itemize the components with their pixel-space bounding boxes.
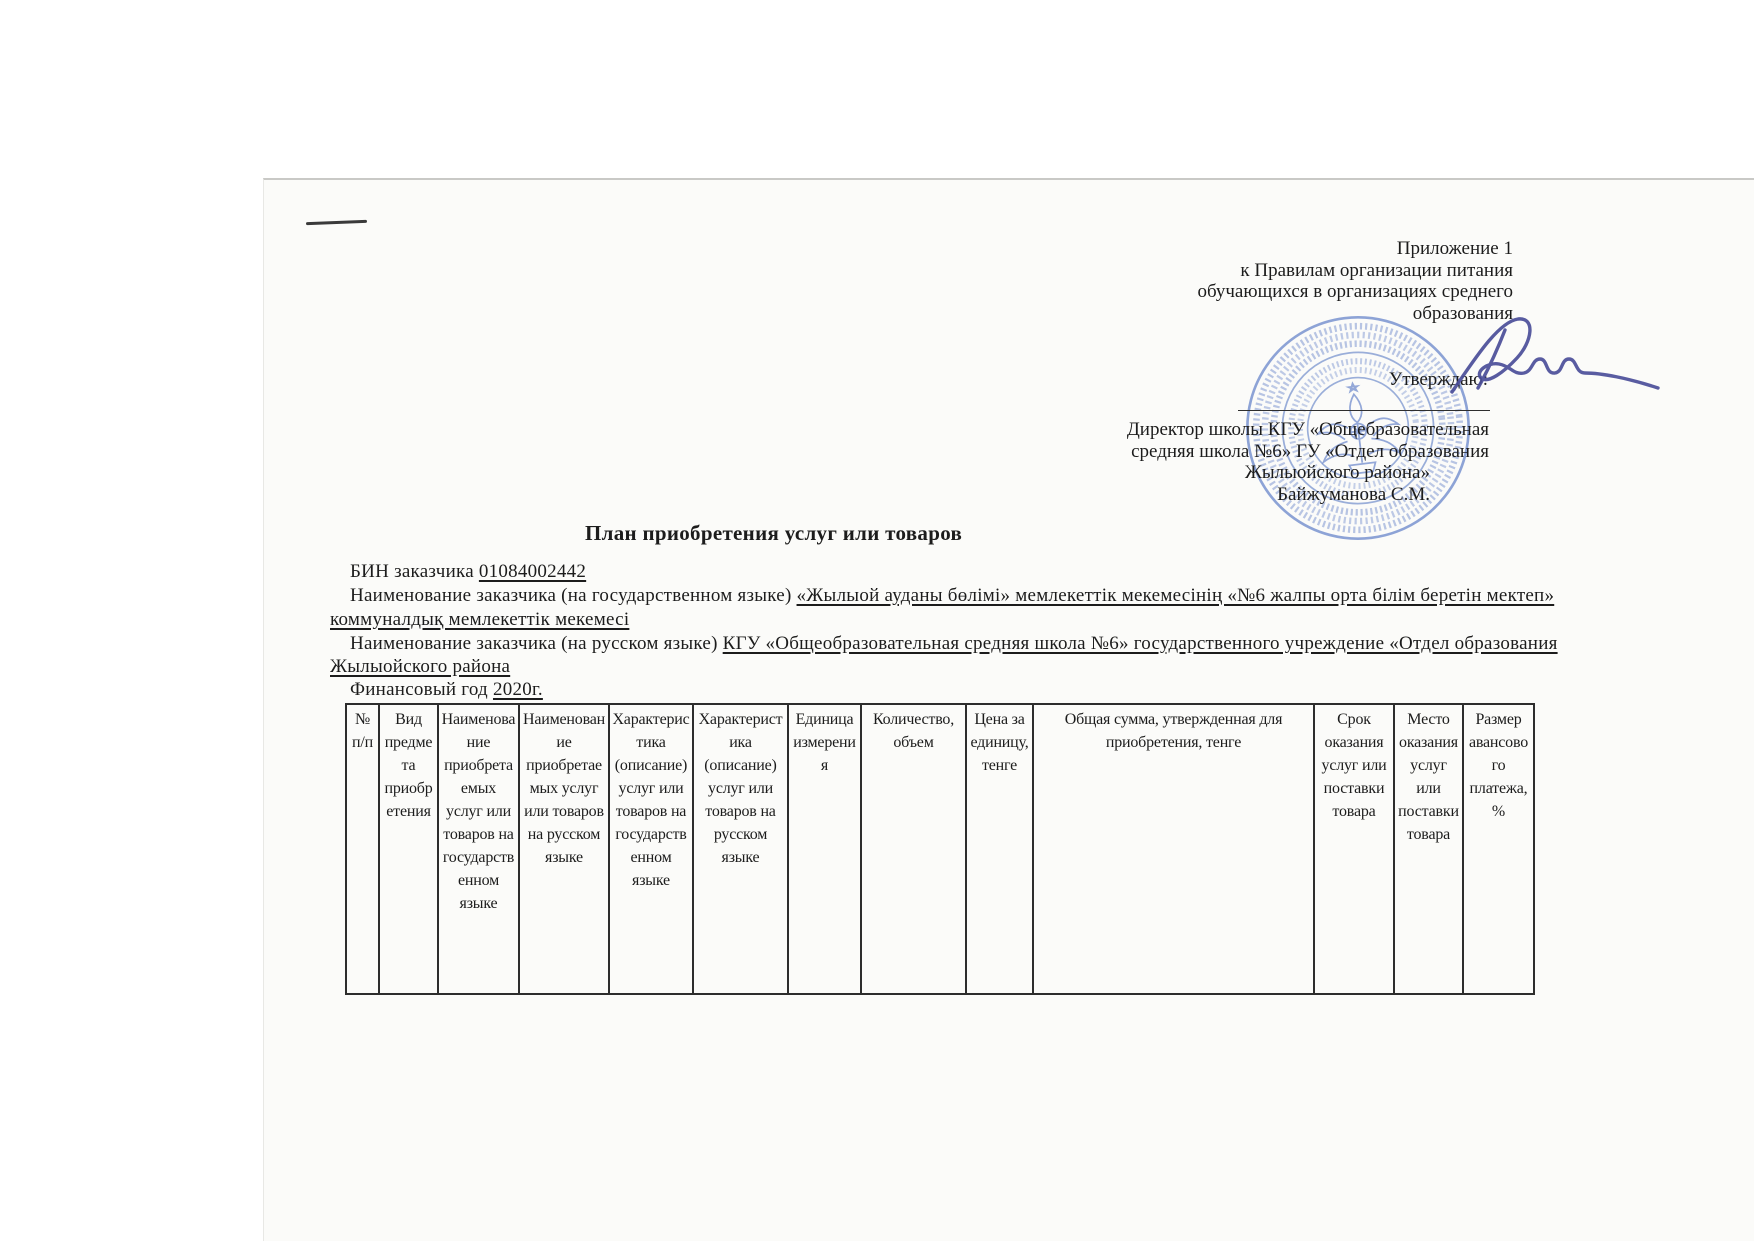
director-line: средняя школа №6» ГУ «Отдел образования — [1127, 441, 1489, 463]
col-header-unit: Единица измерения — [788, 704, 861, 994]
bin-label: БИН заказчика — [350, 561, 479, 582]
col-header-name-ru: Наименование приобретаемых услуг или тов… — [519, 704, 609, 994]
customer-ru-line2: Жылыойского района — [330, 656, 510, 678]
customer-kz-line1: Наименование заказчика (на государственн… — [330, 585, 1554, 607]
document-title: План приобретения услуг или товаров — [585, 521, 962, 546]
signature-underline — [1238, 410, 1490, 411]
customer-kz-value-cont: коммуналдық мемлекеттік мекемесі — [330, 609, 629, 630]
appendix-line: обучающихся в организациях среднего — [1197, 281, 1513, 303]
director-line: Директор школы КГУ «Общебразовательная — [1127, 419, 1489, 441]
col-header-quantity: Количество, объем — [861, 704, 966, 994]
handwritten-signature — [1438, 308, 1678, 408]
appendix-line: к Правилам организации питания — [1197, 260, 1513, 282]
customer-ru-label: Наименование заказчика (на русском языке… — [350, 633, 723, 654]
customer-kz-line2: коммуналдық мемлекеттік мекемесі — [330, 609, 629, 631]
col-header-advance: Размер авансового платежа, % — [1463, 704, 1534, 994]
bin-value: 01084002442 — [479, 561, 586, 582]
col-header-name-kz: Наименование приобретаемых услуг или тов… — [438, 704, 519, 994]
fiscal-year-line: Финансовый год 2020г. — [330, 679, 543, 701]
customer-ru-line1: Наименование заказчика (на русском языке… — [330, 633, 1558, 655]
fiscal-year-label: Финансовый год — [350, 679, 493, 700]
col-header-total-sum: Общая сумма, утвержденная для приобретен… — [1033, 704, 1314, 994]
customer-ru-value-cont: Жылыойского района — [330, 656, 510, 677]
bin-line: БИН заказчика 01084002442 — [330, 561, 586, 583]
fiscal-year-value: 2020г. — [493, 679, 543, 700]
col-header-unit-price: Цена за единицу, тенге — [966, 704, 1033, 994]
customer-ru-value: КГУ «Общеобразовательная средняя школа №… — [723, 633, 1558, 654]
customer-kz-value: «Жылыой ауданы бөлімі» мемлекеттік мекем… — [797, 585, 1555, 606]
director-name: Байжуманова С.М. — [1127, 484, 1489, 506]
appendix-line: Приложение 1 — [1197, 238, 1513, 260]
col-header-desc-ru: Характеристика (описание) услуг или това… — [693, 704, 788, 994]
col-header-term: Срок оказания услуг или поставки товара — [1314, 704, 1394, 994]
table-header-row: № п/п Вид предмета приобретения Наименов… — [346, 704, 1534, 994]
customer-kz-label: Наименование заказчика (на государственн… — [350, 585, 797, 606]
col-header-number: № п/п — [346, 704, 379, 994]
col-header-item-type: Вид предмета приобретения — [379, 704, 438, 994]
director-signature-block: Директор школы КГУ «Общебразовательная с… — [1127, 419, 1489, 505]
scanned-document-page: { "page": { "appendix": [ "Приложение 1"… — [0, 0, 1754, 1241]
procurement-plan-table: № п/п Вид предмета приобретения Наименов… — [345, 703, 1535, 995]
col-header-place: Место оказания услуг или поставки товара — [1394, 704, 1463, 994]
director-line: Жылыойского района» — [1127, 462, 1489, 484]
col-header-desc-kz: Характеристика (описание) услуг или това… — [609, 704, 693, 994]
